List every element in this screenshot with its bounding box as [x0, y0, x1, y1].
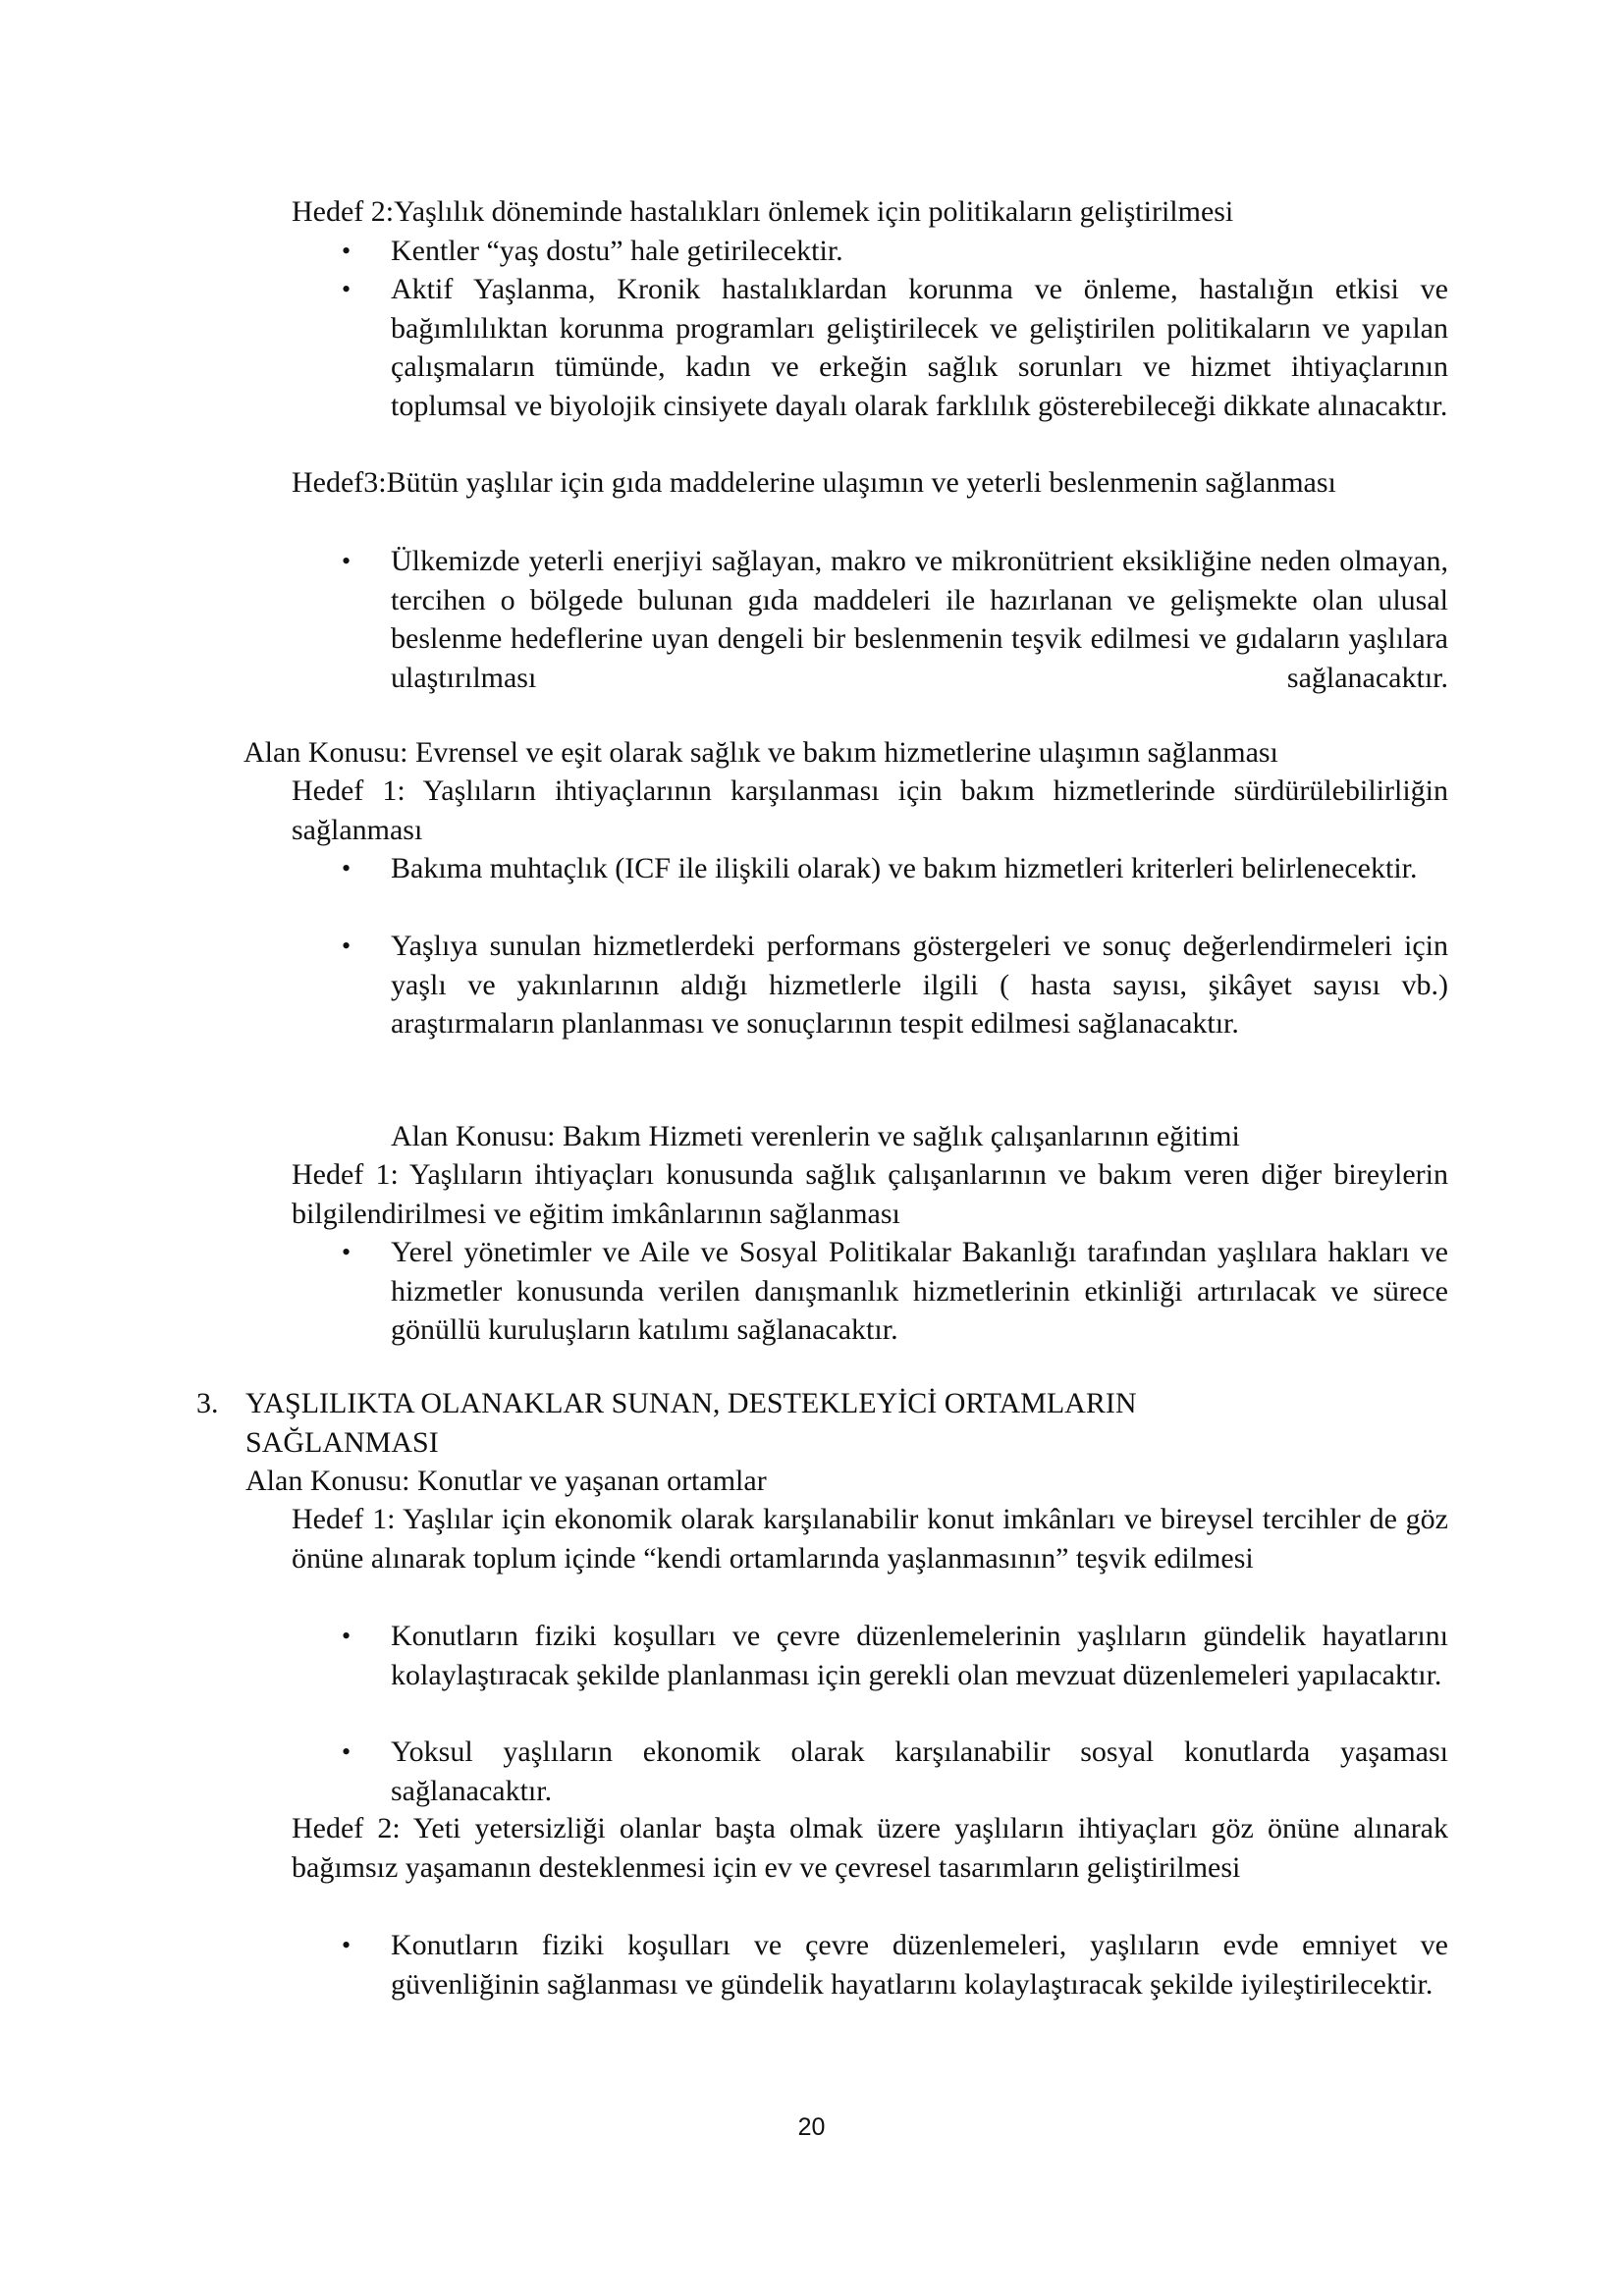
bullet-text: Yaşlıya sunulan hizmetlerdeki performans… — [391, 927, 1448, 1043]
document-page: Hedef 2:Yaşlılık döneminde hastalıkları … — [0, 0, 1623, 2296]
bullet-icon: • — [342, 232, 361, 271]
area-heading: Alan Konusu: Evrensel ve eşit olarak sağ… — [243, 733, 1461, 773]
bullet-icon: • — [342, 1733, 361, 1772]
area-heading: Alan Konusu: Konutlar ve yaşanan ortamla… — [245, 1462, 1424, 1501]
bullet-text: Ülkemizde yeterli enerjiyi sağlayan, mak… — [391, 542, 1448, 697]
goal-heading: Hedef 1: Yaşlılar için ekonomik olarak k… — [292, 1500, 1448, 1577]
bullet-icon: • — [342, 1617, 361, 1656]
bullet-icon: • — [342, 1233, 361, 1272]
bullet-text: Kentler “yaş dostu” hale getirilecektir. — [391, 232, 1448, 271]
section-title: YAŞLILIKTA OLANAKLAR SUNAN, DESTEKLEYİCİ… — [245, 1384, 1227, 1462]
bullet-icon: • — [342, 542, 361, 581]
bullet-text: Aktif Yaşlanma, Kronik hastalıklardan ko… — [391, 270, 1448, 425]
page-number: 20 — [0, 2109, 1623, 2148]
bullet-text: Bakıma muhtaçlık (ICF ile ilişkili olara… — [391, 849, 1448, 888]
bullet-icon: • — [342, 270, 361, 309]
bullet-icon: • — [342, 849, 361, 888]
goal-heading: Hedef 1: Yaşlıların ihtiyaçlarının karşı… — [292, 772, 1448, 849]
bullet-icon: • — [342, 1926, 361, 1965]
section-number: 3. — [196, 1384, 219, 1423]
bullet-text: Konutların fiziki koşulları ve çevre düz… — [391, 1926, 1448, 2003]
bullet-text: Konutların fiziki koşulları ve çevre düz… — [391, 1617, 1448, 1694]
bullet-icon: • — [342, 927, 361, 966]
goal-heading: Hedef3:Bütün yaşlılar için gıda maddeler… — [292, 463, 1448, 503]
area-heading: Alan Konusu: Bakım Hizmeti verenlerin ve… — [391, 1117, 1451, 1156]
bullet-text: Yerel yönetimler ve Aile ve Sosyal Polit… — [391, 1233, 1448, 1350]
goal-heading: Hedef 2: Yeti yetersizliği olanlar başta… — [292, 1809, 1448, 1887]
goal-heading: Hedef 1: Yaşlıların ihtiyaçları konusund… — [292, 1155, 1448, 1233]
goal-heading: Hedef 2:Yaşlılık döneminde hastalıkları … — [292, 192, 1450, 232]
bullet-text: Yoksul yaşlıların ekonomik olarak karşıl… — [391, 1733, 1448, 1810]
